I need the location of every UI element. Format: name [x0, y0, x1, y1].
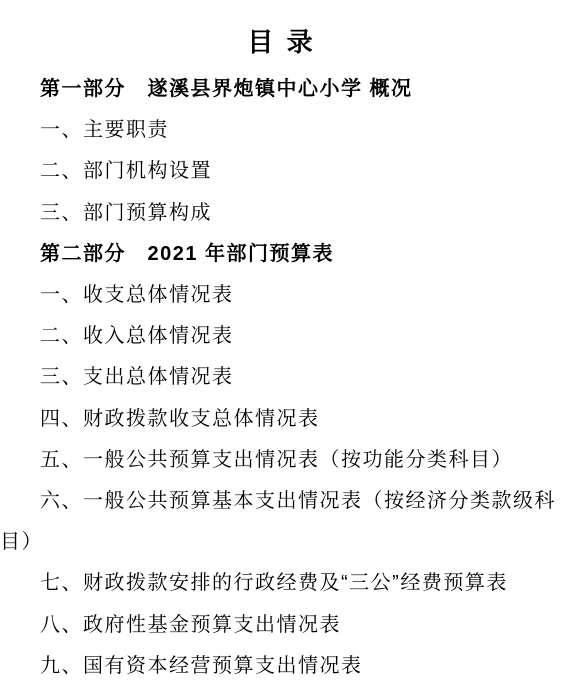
section-heading-part1: 第一部分 遂溪县界炮镇中心小学 概况: [0, 69, 563, 110]
toc-entry: 七、财政拨款安排的行政经费及“三公”经费预算表: [0, 563, 563, 604]
page-title: 目 录: [0, 0, 563, 69]
toc-entry: 三、部门预算构成: [0, 193, 563, 234]
toc-entry: 一、主要职责: [0, 110, 563, 151]
toc-entry: 九、国有资本经营预算支出情况表: [0, 646, 563, 680]
toc-entry: 六、一般公共预算基本支出情况表（按经济分类款级科目）: [0, 481, 563, 563]
toc-list: 第一部分 遂溪县界炮镇中心小学 概况 一、主要职责 二、部门机构设置 三、部门预…: [0, 69, 563, 680]
toc-entry: 二、部门机构设置: [0, 151, 563, 192]
toc-entry: 二、收入总体情况表: [0, 316, 563, 357]
toc-entry: 八、政府性基金预算支出情况表: [0, 605, 563, 646]
toc-entry: 三、支出总体情况表: [0, 357, 563, 398]
toc-entry: 五、一般公共预算支出情况表（按功能分类科目）: [0, 440, 563, 481]
toc-entry: 四、财政拨款收支总体情况表: [0, 399, 563, 440]
toc-page: 目 录 第一部分 遂溪县界炮镇中心小学 概况 一、主要职责 二、部门机构设置 三…: [0, 0, 563, 680]
toc-entry: 一、收支总体情况表: [0, 275, 563, 316]
section-heading-part2: 第二部分 2021 年部门预算表: [0, 234, 563, 275]
